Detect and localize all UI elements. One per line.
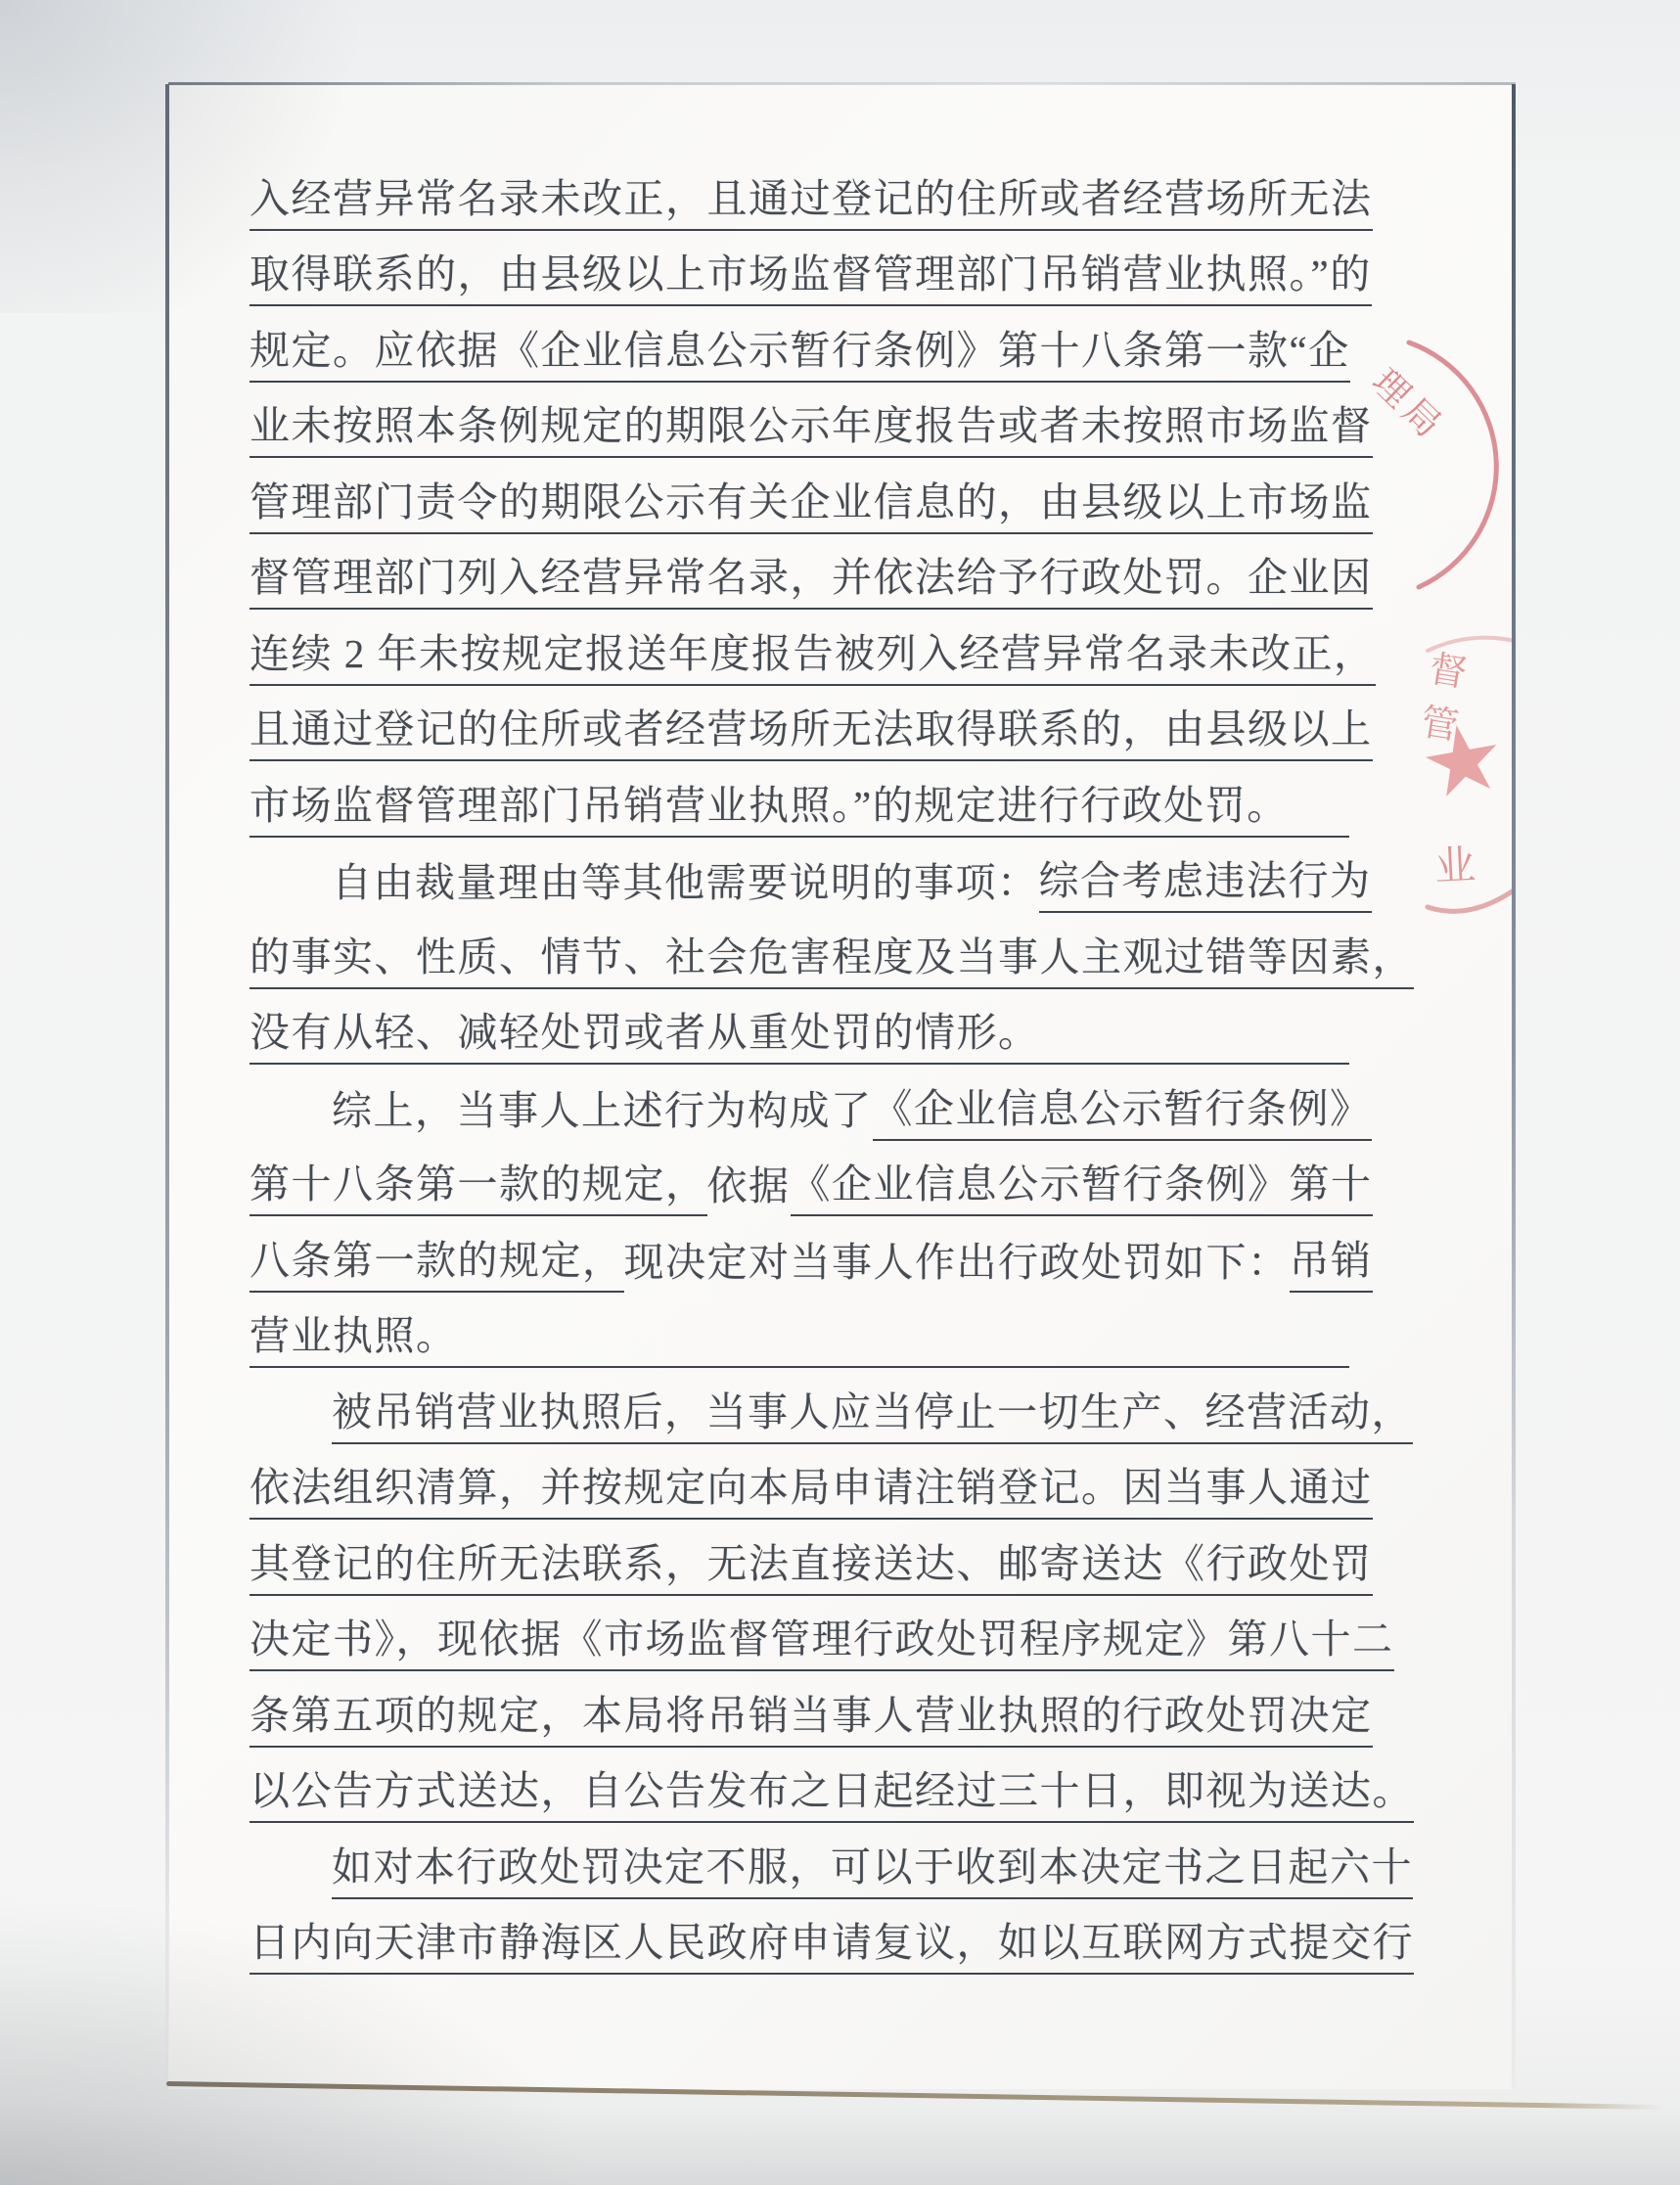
underline-filler	[458, 1305, 1350, 1368]
underlined-text-segment: 日内向天津市静海区人民政府申请复议，如以互联网方式提交行	[250, 1912, 1414, 1975]
text-line-17: 被吊销营业执照后，当事人应当停止一切生产、经营活动，	[250, 1368, 1349, 1444]
seal-inner-arc-icon	[1425, 629, 1516, 659]
text-line-10: 自由裁量理由等其他需要说明的事项：综合考虑违法行为	[250, 838, 1349, 914]
document-page: 入经营异常名录未改正，且通过登记的住所或者经营场所无法取得联系的，由县级以上市场…	[168, 84, 1516, 2089]
text-line-12: 没有从轻、减轻处罚或者从重处罚的情形。	[250, 989, 1349, 1066]
underlined-text-segment: 依法组织清算，并按规定向本局申请注销登记。因当事人通过	[250, 1457, 1373, 1520]
underlined-text-segment: 综合考虑违法行为	[1039, 850, 1372, 913]
underlined-text-segment: 营业执照。	[250, 1305, 458, 1368]
underlined-text-segment: 如对本行政处罚决定不服，可以于收到本决定书之日起六十	[332, 1837, 1413, 1899]
text-line-24: 日内向天津市静海区人民政府申请复议，如以互联网方式提交行	[250, 1899, 1349, 1976]
text-line-18: 依法组织清算，并按规定向本局申请注销登记。因当事人通过	[250, 1444, 1349, 1521]
underlined-text-segment: 没有从轻、减轻处罚或者从重处罚的情形。	[250, 1002, 1040, 1065]
underlined-text-segment: 连续 2 年未按规定报送年度报告被列入经营异常名录未改正，	[250, 623, 1376, 686]
text-line-13: 综上，当事人上述行为构成了《企业信息公示暂行条例》	[250, 1065, 1349, 1141]
text-line-21: 条第五项的规定，本局将吊销当事人营业执照的行政处罚决定	[250, 1671, 1349, 1748]
seal-bottom-mark: 业	[1432, 833, 1476, 893]
underlined-text-segment: 业未按照本条例规定的期限公示年度报告或者未按照市场监督	[250, 395, 1373, 458]
seal-ring-text-lower: 督管	[1418, 638, 1515, 757]
underlined-text-segment: 决定书》，现依据《市场监督管理行政处罚程序规定》第八十二	[250, 1609, 1394, 1671]
underlined-text-segment: 以公告方式送达，自公告发布之日起经过三十日，即视为送达。	[250, 1760, 1414, 1823]
underlined-text-segment: 第十八条第一款的规定，	[250, 1154, 707, 1216]
underlined-text-segment: 条第五项的规定，本局将吊销当事人营业执照的行政处罚决定	[250, 1685, 1373, 1748]
seal-star-icon: ★	[1413, 707, 1512, 814]
text-line-15: 八条第一款的规定，现决定对当事人作出行政处罚如下：吊销	[250, 1216, 1349, 1293]
underlined-text-segment: 吊销	[1290, 1230, 1373, 1293]
text-line-11: 的事实、性质、情节、社会危害程度及当事人主观过错等因素，	[250, 913, 1349, 989]
seal-bottom-arc-icon	[1421, 873, 1516, 922]
underlined-text-segment: 的事实、性质、情节、社会危害程度及当事人主观过错等因素，	[250, 927, 1414, 989]
text-line-22: 以公告方式送达，自公告发布之日起经过三十日，即视为送达。	[250, 1748, 1349, 1824]
text-line-3: 规定。应依据《企业信息公示暂行条例》第十八条第一款“企	[250, 306, 1349, 383]
text-line-9: 市场监督管理部门吊销营业执照。”的规定进行行政处罚。	[250, 761, 1349, 838]
text-line-4: 业未按照本条例规定的期限公示年度报告或者未按照市场监督	[250, 383, 1349, 459]
underlined-text-segment: 管理部门责令的期限公示有关企业信息的，由县级以上市场监	[250, 472, 1373, 534]
text-line-1: 入经营异常名录未改正，且通过登记的住所或者经营场所无法	[250, 155, 1349, 231]
text-line-7: 连续 2 年未按规定报送年度报告被列入经营异常名录未改正，	[250, 610, 1349, 686]
underlined-text-segment: 八条第一款的规定，	[250, 1230, 624, 1293]
text-line-5: 管理部门责令的期限公示有关企业信息的，由县级以上市场监	[250, 458, 1349, 534]
photo-shadow-bottom	[0, 2104, 1680, 2185]
text-line-8: 且通过登记的住所或者经营场所无法取得联系的，由县级以上	[250, 686, 1349, 762]
scanned-photo: 入经营异常名录未改正，且通过登记的住所或者经营场所无法取得联系的，由县级以上市场…	[0, 0, 1680, 2185]
underlined-text-segment: 《企业信息公示暂行条例》	[873, 1078, 1372, 1141]
text-segment: 依据	[707, 1156, 791, 1216]
text-line-16: 营业执照。	[250, 1293, 1349, 1369]
underlined-text-segment: 且通过登记的住所或者经营场所无法取得联系的，由县级以上	[250, 699, 1373, 761]
text-line-6: 督管理部门列入经营异常名录，并依法给予行政处罚。企业因	[250, 534, 1349, 611]
text-segment: 综上，当事人上述行为构成了	[332, 1080, 873, 1141]
underlined-text-segment: 其登记的住所无法联系，无法直接送达、邮寄送达《行政处罚	[250, 1533, 1373, 1596]
underlined-text-segment: 市场监督管理部门吊销营业执照。”的规定进行行政处罚。	[250, 775, 1289, 838]
underlined-text-segment: 取得联系的，由县级以上市场监督管理部门吊销营业执照。”的	[250, 244, 1372, 306]
text-line-14: 第十八条第一款的规定，依据《企业信息公示暂行条例》第十	[250, 1141, 1349, 1217]
underline-filler	[1040, 1002, 1350, 1065]
text-line-20: 决定书》，现依据《市场监督管理行政处罚程序规定》第八十二	[250, 1596, 1349, 1672]
underlined-text-segment: 督管理部门列入经营异常名录，并依法给予行政处罚。企业因	[250, 547, 1373, 610]
underlined-text-segment: 被吊销营业执照后，当事人应当停止一切生产、经营活动，	[332, 1382, 1413, 1444]
text-line-2: 取得联系的，由县级以上市场监督管理部门吊销营业执照。”的	[250, 231, 1349, 307]
seal-ring-text-upper: 理局	[1362, 354, 1459, 451]
text-segment: 自由裁量理由等其他需要说明的事项：	[332, 852, 1039, 913]
underline-filler	[1289, 775, 1349, 838]
underlined-text-segment: 《企业信息公示暂行条例》第十	[791, 1154, 1373, 1216]
underlined-text-segment: 入经营异常名录未改正，且通过登记的住所或者经营场所无法	[250, 168, 1373, 231]
seal-circle-arc-icon	[1375, 328, 1516, 612]
underlined-text-segment: 规定。应依据《企业信息公示暂行条例》第十八条第一款“企	[250, 320, 1350, 383]
text-line-19: 其登记的住所无法联系，无法直接送达、邮寄送达《行政处罚	[250, 1520, 1349, 1596]
text-segment: 现决定对当事人作出行政处罚如下：	[624, 1232, 1290, 1293]
text-block: 入经营异常名录未改正，且通过登记的住所或者经营场所无法取得联系的，由县级以上市场…	[250, 155, 1349, 1975]
text-line-23: 如对本行政处罚决定不服，可以于收到本决定书之日起六十	[250, 1823, 1349, 1899]
